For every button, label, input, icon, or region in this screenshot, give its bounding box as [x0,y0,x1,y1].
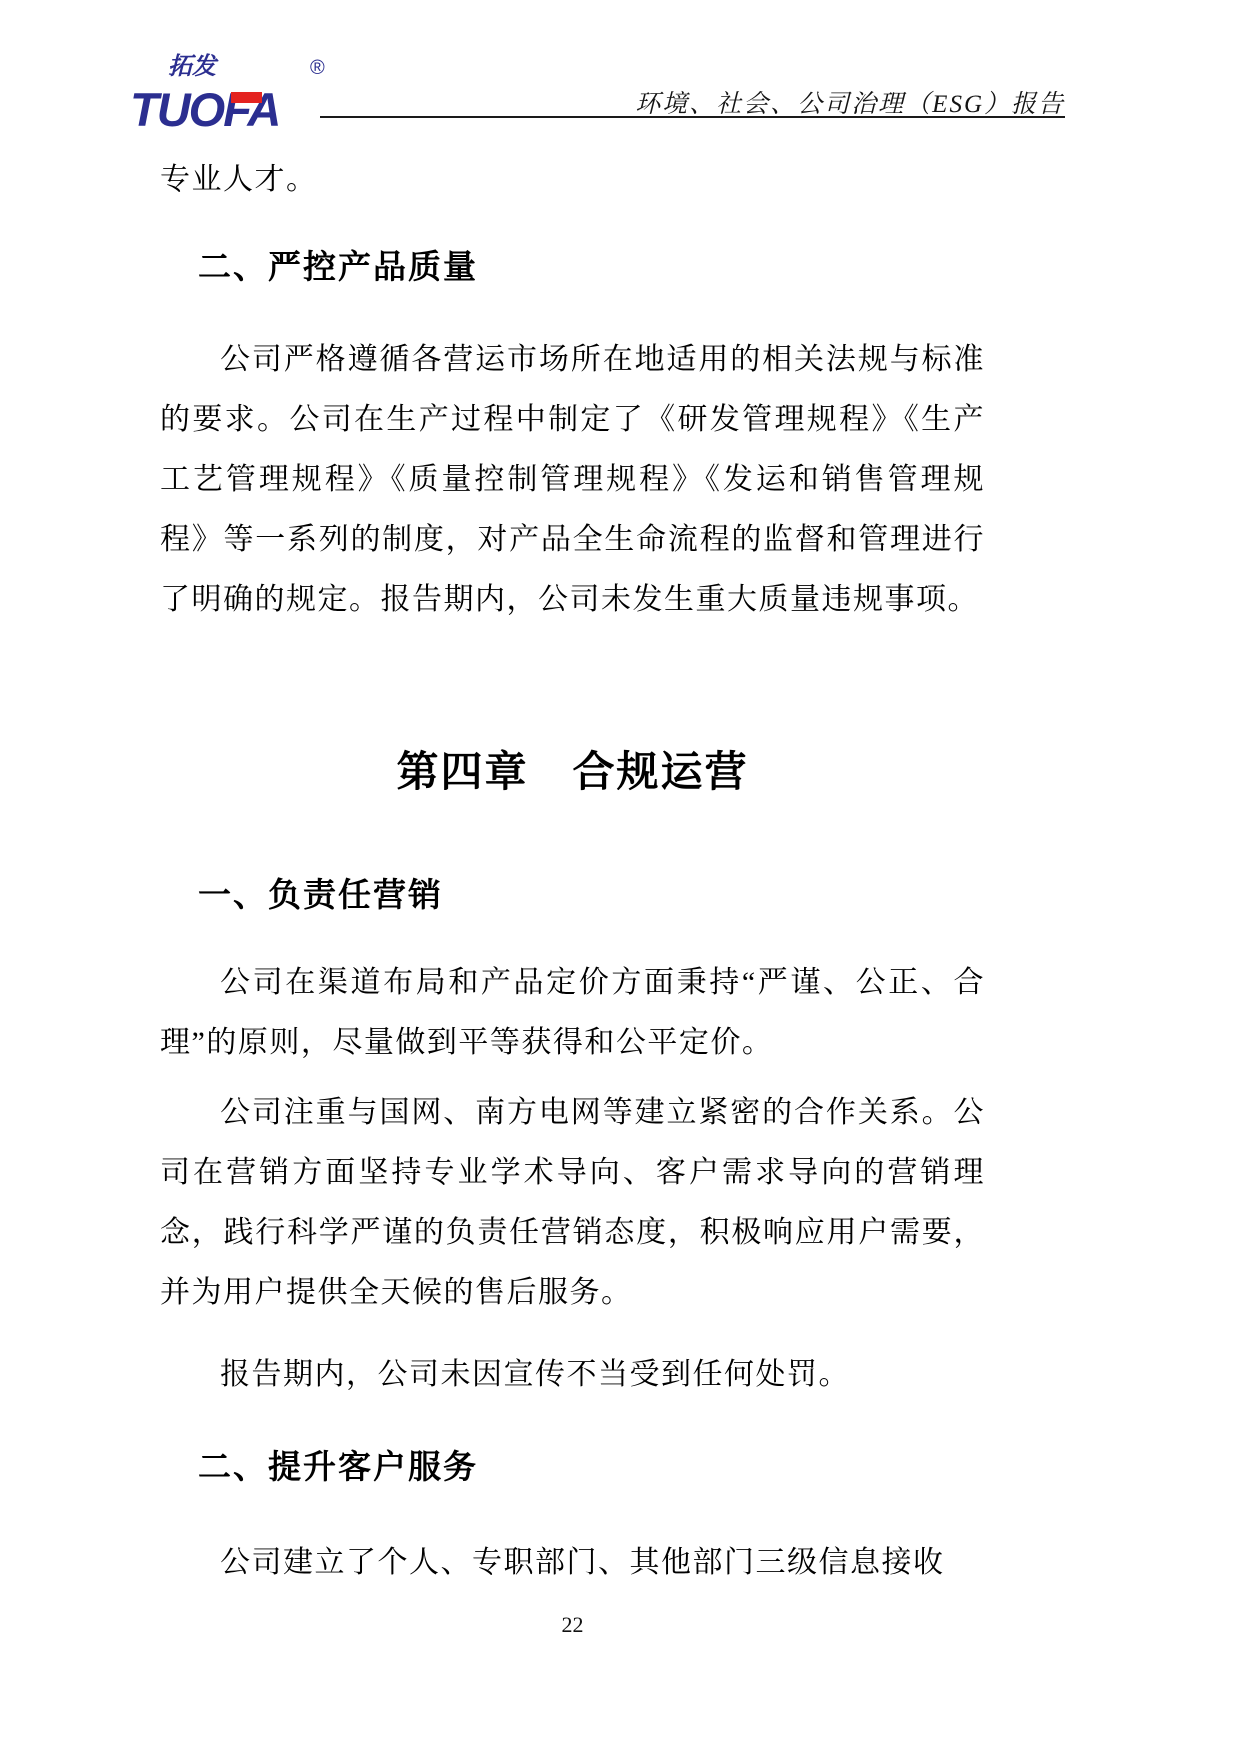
paragraph-marketing-principles: 公司在渠道布局和产品定价方面秉持“严谨、公正、合理”的原则，尽量做到平等获得和公… [160,953,985,1073]
paragraph-marketing-cooperation: 公司注重与国网、南方电网等建立紧密的合作关系。公司在营销方面坚持专业学术导向、客… [160,1083,985,1323]
document-body: 专业人才。 二、严控产品质量 公司严格遵循各营运市场所在地适用的相关法规与标准的… [0,0,1241,1593]
page-number: 22 [160,1612,985,1638]
section-heading-customer-service: 二、提升客户服务 [160,1444,985,1490]
paragraph-customer-service: 公司建立了个人、专职部门、其他部门三级信息接收 [160,1533,985,1593]
paragraph-marketing-no-penalty: 报告期内，公司未因宣传不当受到任何处罚。 [160,1345,985,1405]
paragraph-intro-continuation: 专业人才。 [160,150,985,210]
chapter-title-compliance: 第四章 合规运营 [160,743,985,801]
section-heading-responsible-marketing: 一、负责任营销 [160,872,985,918]
paragraph-product-quality: 公司严格遵循各营运市场所在地适用的相关法规与标准的要求。公司在生产过程中制定了《… [160,330,985,630]
section-heading-product-quality: 二、严控产品质量 [160,244,985,290]
esg-report-page: 拓发 ® TUOFA 环境、社会、公司治理（ESG）报告 专业人才。 二、严控产… [0,0,1241,1754]
